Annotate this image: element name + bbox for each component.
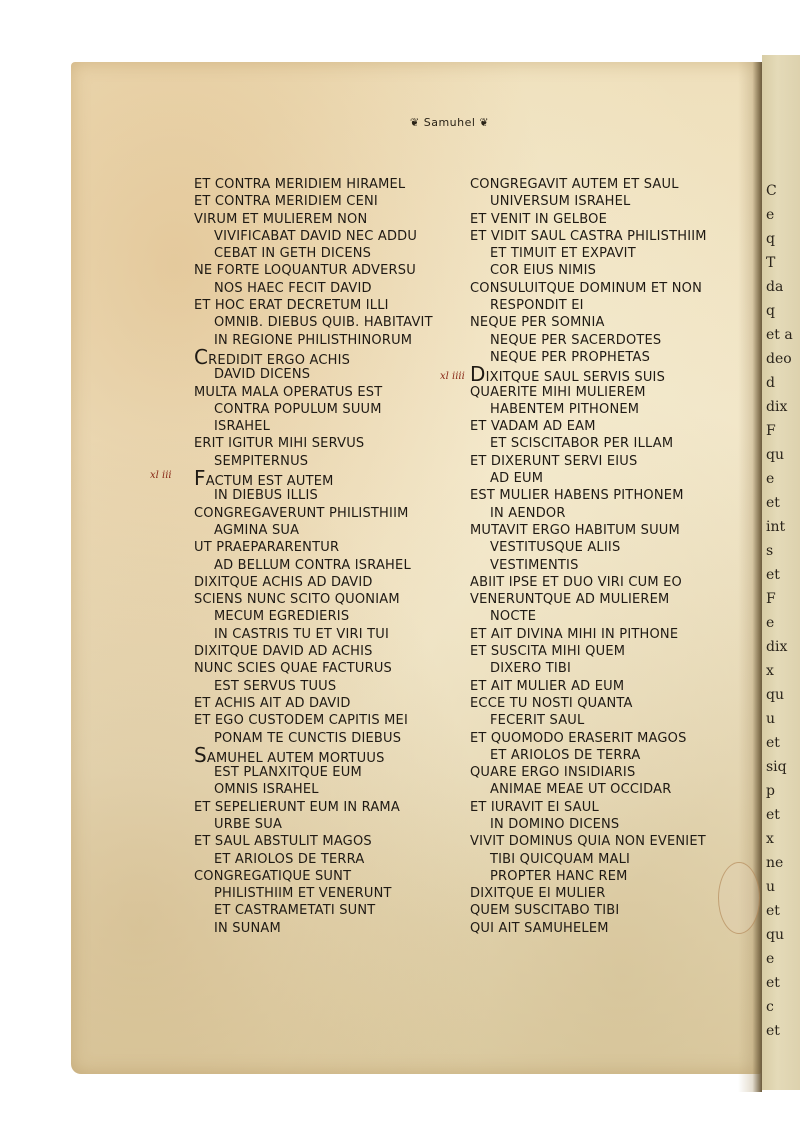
text-line: ad bellum contra Israhel — [194, 557, 464, 574]
text-line: in castris tu et viri tui — [194, 626, 464, 643]
text-line: Quem suscitabo tibi — [470, 902, 740, 919]
facing-page-text-fragment: s — [766, 543, 773, 559]
text-line: Dixitque Achis ad David — [194, 574, 464, 591]
text-line: Et venit in Gelboe — [470, 211, 740, 228]
text-line: Et contra meridiem Ceni — [194, 193, 464, 210]
facing-page-text-fragment: qu — [766, 687, 784, 703]
facing-page-text-fragment: deo — [766, 351, 792, 367]
text-line: sempiternus — [194, 453, 464, 470]
text-line: Et quomodo eraserit magos — [470, 730, 740, 747]
text-line: ad eum — [470, 470, 740, 487]
text-line: Et dixerunt servi eius — [470, 453, 740, 470]
facing-page-text-fragment: et — [766, 1023, 780, 1039]
facing-page-text-fragment: qu — [766, 447, 784, 463]
running-head: ❦ Samuhel ❦ — [410, 116, 489, 129]
text-line: Mutavit ergo habitum suum — [470, 522, 740, 539]
facing-page-text-fragment: qu — [766, 927, 784, 943]
text-line: Nunc scies quae facturus — [194, 660, 464, 677]
text-line: Et ego custodem capitis mei — [194, 712, 464, 729]
text-line: Dixitque ei mulier — [470, 885, 740, 902]
text-line: contra populum suum — [194, 401, 464, 418]
facing-page-text-fragment: x — [766, 663, 774, 679]
text-line: vestitusque aliis — [470, 539, 740, 556]
text-line: Samuhel autem mortuus — [194, 747, 464, 764]
text-column-left: Et contra meridiem hiramelEt contra meri… — [194, 176, 464, 937]
text-line: Est mulier habens pithonem — [470, 487, 740, 504]
text-line: vivificabat David nec addu — [194, 228, 464, 245]
text-line: Et Achis ait ad David — [194, 695, 464, 712]
facing-page-text-fragment: et — [766, 807, 780, 823]
facing-page-text-fragment: q — [766, 303, 775, 319]
facing-page-text-fragment: F — [766, 423, 776, 439]
text-column-right: Congregavit autem et Sauluniversum Israh… — [470, 176, 740, 937]
text-line: urbe sua — [194, 816, 464, 833]
text-line: in diebus illis — [194, 487, 464, 504]
facing-page-text-fragment: x — [766, 831, 774, 847]
text-line: cebat in Geth dicens — [194, 245, 464, 262]
text-line: Ne forte loquantur adversu — [194, 262, 464, 279]
text-line: Philisthiim et venerunt — [194, 885, 464, 902]
text-line: propter hanc rem — [470, 868, 740, 885]
text-line: Multa mala operatus est — [194, 384, 464, 401]
text-line: et ariolos de terra — [470, 747, 740, 764]
facing-page-text-fragment: T — [766, 255, 775, 271]
facing-page-text-fragment: et — [766, 495, 780, 511]
facing-page-text-fragment: C — [766, 183, 777, 199]
text-line: Abiit ipse et duo viri cum eo — [470, 574, 740, 591]
facing-page-text-fragment: da — [766, 279, 783, 295]
text-line: Qui ait Samuhelem — [470, 920, 740, 937]
text-line: in Domino dicens — [470, 816, 740, 833]
facing-page-text-fragment: dix — [766, 639, 787, 655]
text-line: Quare ergo insidiaris — [470, 764, 740, 781]
text-line: neque per sacerdotes — [470, 332, 740, 349]
facing-page-text-fragment: ne — [766, 855, 783, 871]
facing-page-text-fragment: et — [766, 903, 780, 919]
text-line: mecum egredieris — [194, 608, 464, 625]
facing-page-text-fragment: p — [766, 783, 775, 799]
facing-page-text-fragment: e — [766, 471, 774, 487]
text-line: Dixitque David ad Achis — [194, 643, 464, 660]
text-line: Et suscita mihi quem — [470, 643, 740, 660]
text-line: Congregatique sunt — [194, 868, 464, 885]
text-line: fecerit Saul — [470, 712, 740, 729]
text-line: Congregavit autem et Saul — [470, 176, 740, 193]
text-line: in regione Philisthinorum — [194, 332, 464, 349]
margin-note-chapter: xl iii — [150, 470, 172, 481]
facing-page-text-fragment: u — [766, 879, 775, 895]
text-line: Quaerite mihi mulierem — [470, 384, 740, 401]
text-line: David dicens — [194, 366, 464, 383]
text-line: et castrametati sunt — [194, 902, 464, 919]
facing-page-text-fragment: et — [766, 975, 780, 991]
text-line: dixero tibi — [470, 660, 740, 677]
text-line: Credidit ergo Achis — [194, 349, 464, 366]
facing-page-text-fragment: F — [766, 591, 776, 607]
text-line: Veneruntque ad mulierem — [470, 591, 740, 608]
text-line: Factum est autem — [194, 470, 464, 487]
text-line: omnis Israhel — [194, 781, 464, 798]
text-line: est planxitque eum — [194, 764, 464, 781]
facing-page-text-fragment: e — [766, 207, 774, 223]
text-line: Ut praepararentur — [194, 539, 464, 556]
text-line: Et iuravit ei Saul — [470, 799, 740, 816]
text-line: habentem pithonem — [470, 401, 740, 418]
text-line: agmina sua — [194, 522, 464, 539]
text-line: cor eius nimis — [470, 262, 740, 279]
text-line: est servus tuus — [194, 678, 464, 695]
text-line: Erit igitur mihi servus — [194, 435, 464, 452]
text-line: Et contra meridiem hiramel — [194, 176, 464, 193]
text-line: tibi quicquam mali — [470, 851, 740, 868]
facing-page-text-fragment: e — [766, 615, 774, 631]
text-line: in Sunam — [194, 920, 464, 937]
text-line: Et ait mulier ad eum — [470, 678, 740, 695]
text-line: Virum et mulierem non — [194, 211, 464, 228]
running-head-text: Samuhel — [424, 116, 476, 129]
text-line: Congregaverunt Philisthiim — [194, 505, 464, 522]
facing-page-text-fragment: e — [766, 951, 774, 967]
text-line: Et ait divina mihi in pithone — [470, 626, 740, 643]
facing-page-text-fragment: et — [766, 567, 780, 583]
text-line: Israhel — [194, 418, 464, 435]
facing-page-text-fragment: dix — [766, 399, 787, 415]
text-line: Neque per somnia — [470, 314, 740, 331]
text-line: ponam te cunctis diebus — [194, 730, 464, 747]
text-line: neque per prophetas — [470, 349, 740, 366]
facing-page-text-fragment: siq — [766, 759, 787, 775]
text-line: et timuit et expavit — [470, 245, 740, 262]
facing-page-edge: CeqTdaqet adeoddixFqueetintsetFedixxquue… — [762, 55, 800, 1090]
text-line: Et vidit Saul castra Philisthiim — [470, 228, 740, 245]
text-line: respondit ei — [470, 297, 740, 314]
text-line: universum Israhel — [470, 193, 740, 210]
text-line: et sciscitabor per illam — [470, 435, 740, 452]
text-line: Et Saul abstulit magos — [194, 833, 464, 850]
text-line: nos haec fecit David — [194, 280, 464, 297]
facing-page-text-fragment: d — [766, 375, 775, 391]
binding-gutter — [738, 62, 762, 1092]
text-line: omnib. diebus quib. habitavit — [194, 314, 464, 331]
leaf-ornament-icon: ❦ — [475, 116, 489, 129]
text-line: Vivit Dominus quia non eveniet — [470, 833, 740, 850]
text-line: in Aendor — [470, 505, 740, 522]
facing-page-text-fragment: u — [766, 711, 775, 727]
leaf-ornament-icon: ❦ — [410, 116, 424, 129]
text-line: Consuluitque Dominum et non — [470, 280, 740, 297]
text-line: Et vadam ad eam — [470, 418, 740, 435]
text-line: Et hoc erat decretum illi — [194, 297, 464, 314]
text-line: Dixitque Saul servis suis — [470, 366, 740, 383]
facing-page-text-fragment: q — [766, 231, 775, 247]
facing-page-text-fragment: c — [766, 999, 774, 1015]
text-line: nocte — [470, 608, 740, 625]
text-line: Sciens nunc scito quoniam — [194, 591, 464, 608]
text-line: Et sepelierunt eum in Rama — [194, 799, 464, 816]
text-line: animae meae ut occidar — [470, 781, 740, 798]
facing-page-text-fragment: int — [766, 519, 785, 535]
facing-page-text-fragment: et — [766, 735, 780, 751]
facing-page-text-fragment: et a — [766, 327, 793, 343]
text-line: Ecce tu nosti quanta — [470, 695, 740, 712]
text-line: vestimentis — [470, 557, 740, 574]
text-line: et ariolos de terra — [194, 851, 464, 868]
